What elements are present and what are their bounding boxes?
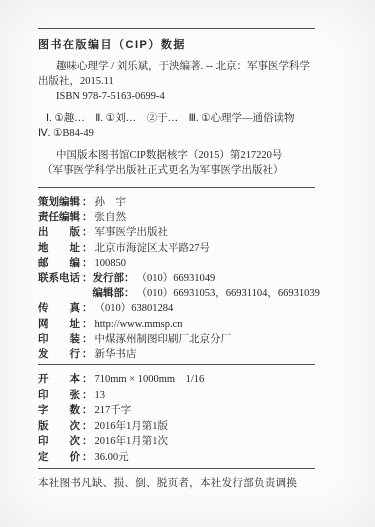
label-colon: ： (82, 419, 93, 435)
field-label: 印 装 (38, 332, 82, 347)
field-label: 出 版 (38, 225, 82, 240)
field-value: 中煤涿州制图印刷厂北京分厂 (95, 332, 232, 347)
divider-middle-1 (38, 187, 315, 188)
label-colon: ： (82, 317, 93, 332)
label-colon: ： (82, 195, 93, 210)
field-label: 邮 编 (38, 256, 82, 271)
field-label: 策划编辑 (38, 195, 82, 210)
label-colon: ： (82, 372, 93, 388)
info-row: 印 张：13 (38, 388, 315, 404)
info-row: 开 本：710mm × 1000mm 1/16 (38, 372, 315, 388)
cip-record-number: 中国版本图书馆CIP数据核字（2015）第217220号 (38, 148, 315, 163)
field-label (38, 286, 82, 301)
label-colon: ： (82, 388, 93, 404)
field-value: 100850 (95, 256, 127, 271)
field-label: 发 行 (38, 347, 82, 362)
publication-info-block: 策划编辑：孙 宇责任编辑：张自然出 版：军事医学出版社地 址：北京市海淀区太平路… (38, 195, 315, 362)
info-row: 责任编辑：张自然 (38, 210, 315, 225)
field-value: 2016年1月第1版 (95, 419, 169, 435)
label-colon: ： (82, 256, 93, 271)
info-row: 出 版：军事医学出版社 (38, 225, 315, 240)
field-label: 定 价 (38, 450, 82, 466)
divider-middle-2 (38, 364, 315, 365)
title-statement: 趣味心理学 / 刘乐斌，于泱编著. -- 北京：军事医学科学出版社，2015.1… (38, 59, 315, 89)
field-value: 2016年1月第1次 (95, 434, 169, 450)
field-label: 开 本 (38, 372, 82, 388)
info-row: 联系电话：发行部：（010）66931049 (38, 271, 315, 286)
divider-bottom (38, 468, 315, 469)
field-label: 印 次 (38, 434, 82, 450)
label-colon: ： (82, 347, 93, 362)
publisher-rename-note: （军事医学科学出版社正式更名为军事医学出版社） (38, 163, 315, 178)
field-label: 印 张 (38, 388, 82, 404)
label-colon: ： (82, 225, 93, 240)
info-row: 地 址：北京市海淀区太平路27号 (38, 241, 315, 256)
info-row: ：编辑部：（010）66931053，66931104，66931039 (38, 286, 315, 301)
label-colon: ： (82, 210, 93, 225)
label-colon: ： (82, 241, 93, 256)
field-value: 710mm × 1000mm 1/16 (95, 372, 205, 388)
cip-heading: 图书在版编目（CIP）数据 (38, 38, 315, 53)
info-row: 版 次：2016年1月第1版 (38, 419, 315, 435)
info-row: 印 次：2016年1月第1次 (38, 434, 315, 450)
info-row: 定 价：36.00元 (38, 450, 315, 466)
label-colon: ： (82, 434, 93, 450)
field-value: 217千字 (95, 403, 132, 419)
info-row: 策划编辑：孙 宇 (38, 195, 315, 210)
sub-label: 发行部： (93, 271, 135, 286)
field-value: （010）66931053，66931104，66931039 (137, 286, 320, 301)
field-value: （010）63801284 (95, 301, 174, 316)
label-colon: ： (82, 403, 93, 419)
field-label: 版 次 (38, 419, 82, 435)
classification-line: Ⅰ. ①趣… Ⅱ. ①刘… ②于… Ⅲ. ①心理学—通俗读物 Ⅳ. ①B84-4… (38, 111, 315, 141)
print-info-block: 开 本：710mm × 1000mm 1/16印 张：13字 数：217千字版 … (38, 372, 315, 465)
field-label: 责任编辑 (38, 210, 82, 225)
field-value: 13 (95, 388, 106, 404)
field-value: 孙 宇 (95, 195, 127, 210)
field-value: 军事医学出版社 (95, 225, 169, 240)
footer-note: 本社图书凡缺、损、倒、脱页者，本社发行部负责调换 (38, 476, 315, 491)
cip-copyright-page: 图书在版编目（CIP）数据 趣味心理学 / 刘乐斌，于泱编著. -- 北京：军事… (0, 0, 375, 527)
field-label: 联系电话 (38, 271, 82, 286)
info-row: 印 装：中煤涿州制图印刷厂北京分厂 (38, 332, 315, 347)
info-row: 传 真：（010）63801284 (38, 301, 315, 316)
cip-record-block: 趣味心理学 / 刘乐斌，于泱编著. -- 北京：军事医学科学出版社，2015.1… (38, 59, 315, 178)
label-colon: ： (82, 450, 93, 466)
field-value: 36.00元 (95, 450, 129, 466)
info-row: 邮 编：100850 (38, 256, 315, 271)
sub-label: 编辑部： (93, 286, 135, 301)
info-row: 网 址：http://www.mmsp.cn (38, 317, 315, 332)
label-colon: ： (82, 332, 93, 347)
field-label: 地 址 (38, 241, 82, 256)
divider-top (38, 28, 315, 29)
field-value: 张自然 (95, 210, 127, 225)
info-row: 发 行：新华书店 (38, 347, 315, 362)
field-value: 新华书店 (95, 347, 137, 362)
field-value: 北京市海淀区太平路27号 (95, 241, 211, 256)
field-label: 传 真 (38, 301, 82, 316)
info-row: 字 数：217千字 (38, 403, 315, 419)
isbn-line: ISBN 978-7-5163-0699-4 (38, 89, 315, 104)
field-value: http://www.mmsp.cn (95, 317, 183, 332)
field-label: 网 址 (38, 317, 82, 332)
field-label: 字 数 (38, 403, 82, 419)
field-value: （010）66931049 (137, 271, 216, 286)
label-colon: ： (82, 301, 93, 316)
label-colon: ： (82, 271, 93, 286)
